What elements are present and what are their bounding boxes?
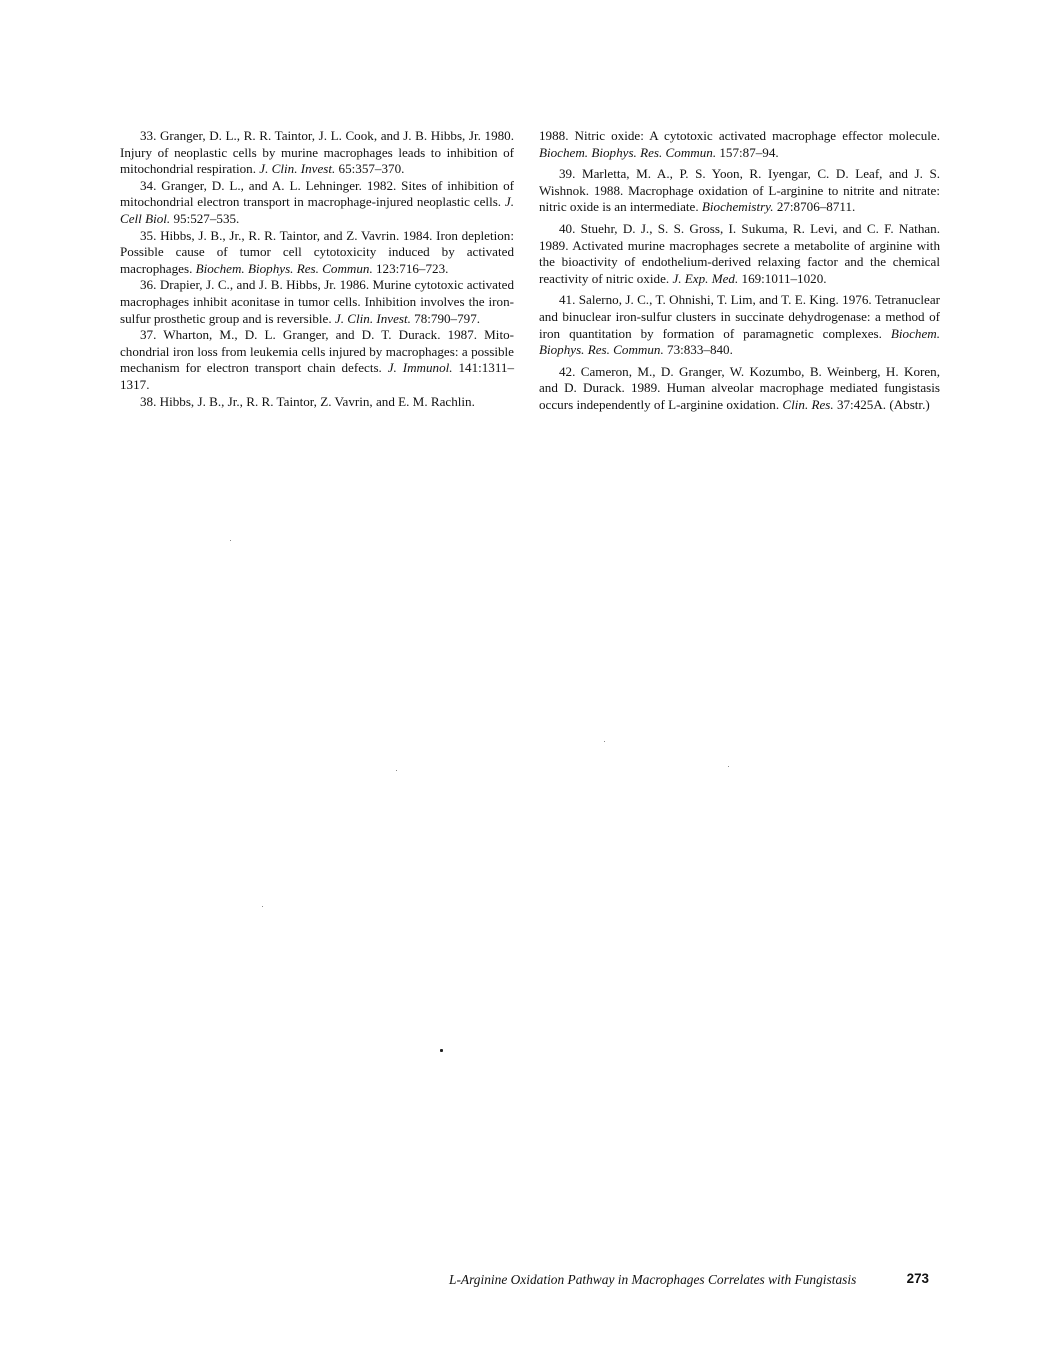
reference-list-left-column: 33. Granger, D. L., R. R. Taintor, J. L.… xyxy=(120,128,514,410)
journal-name: J. Exp. Med. xyxy=(672,271,738,286)
page-footer: L-Arginine Oxidation Pathway in Macropha… xyxy=(449,1272,929,1288)
reference-entry: 33. Granger, D. L., R. R. Taintor, J. L.… xyxy=(120,128,514,178)
reference-text: 95:527–535. xyxy=(170,211,239,226)
reference-entry: 37. Wharton, M., D. L. Granger, and D. T… xyxy=(120,327,514,393)
reference-text: 123:716–723. xyxy=(373,261,449,276)
reference-entry: 39. Marletta, M. A., P. S. Yoon, R. Iyen… xyxy=(539,166,940,216)
reference-entry: 41. Salerno, J. C., T. Ohnishi, T. Lim, … xyxy=(539,292,940,358)
journal-name: Biochemistry. xyxy=(702,199,774,214)
reference-text: 1988. Nitric oxide: A cytotoxic activate… xyxy=(539,128,940,143)
reference-entry: 38. Hibbs, J. B., Jr., R. R. Taintor, Z.… xyxy=(120,394,514,411)
reference-entry: 36. Drapier, J. C., and J. B. Hibbs, Jr.… xyxy=(120,277,514,327)
reference-text: 34. Granger, D. L., and A. L. Lehninger.… xyxy=(120,178,514,210)
journal-name: Biochem. Biophys. Res. Commun. xyxy=(539,145,716,160)
reference-entry: 40. Stuehr, D. J., S. S. Gross, I. Sukum… xyxy=(539,221,940,287)
journal-name: Clin. Res. xyxy=(782,397,833,412)
reference-text: 27:8706–8711. xyxy=(774,199,856,214)
page-number: 273 xyxy=(907,1271,929,1286)
reference-entry: 42. Cameron, M., D. Granger, W. Kozumbo,… xyxy=(539,364,940,414)
reference-text: 169:1011–1020. xyxy=(738,271,826,286)
reference-list-right-column: 1988. Nitric oxide: A cytotoxic activate… xyxy=(539,128,940,419)
reference-entry: 34. Granger, D. L., and A. L. Lehninger.… xyxy=(120,178,514,228)
reference-text: 38. Hibbs, J. B., Jr., R. R. Taintor, Z.… xyxy=(140,394,475,409)
reference-entry: 1988. Nitric oxide: A cytotoxic activate… xyxy=(539,128,940,161)
reference-text: 78:790–797. xyxy=(411,311,480,326)
reference-entry: 35. Hibbs, J. B., Jr., R. R. Taintor, an… xyxy=(120,228,514,278)
reference-text: 157:87–94. xyxy=(716,145,779,160)
journal-name: J. Immunol. xyxy=(388,360,453,375)
reference-text: 37:425A. (Abstr.) xyxy=(834,397,930,412)
journal-name: Biochem. Biophys. Res. Commun. xyxy=(196,261,373,276)
running-title: L-Arginine Oxidation Pathway in Macropha… xyxy=(449,1272,856,1287)
scan-speck xyxy=(230,540,231,541)
scan-speck xyxy=(440,1049,443,1052)
reference-text: 41. Salerno, J. C., T. Ohnishi, T. Lim, … xyxy=(539,292,940,340)
scan-speck xyxy=(396,770,397,771)
scan-speck xyxy=(728,766,729,767)
reference-text: 65:357–370. xyxy=(335,161,404,176)
scan-speck xyxy=(262,906,263,907)
reference-text: 73:833–840. xyxy=(664,342,733,357)
scan-speck xyxy=(604,741,605,742)
journal-name: J. Clin. Invest. xyxy=(259,161,335,176)
journal-name: J. Clin. Invest. xyxy=(335,311,411,326)
